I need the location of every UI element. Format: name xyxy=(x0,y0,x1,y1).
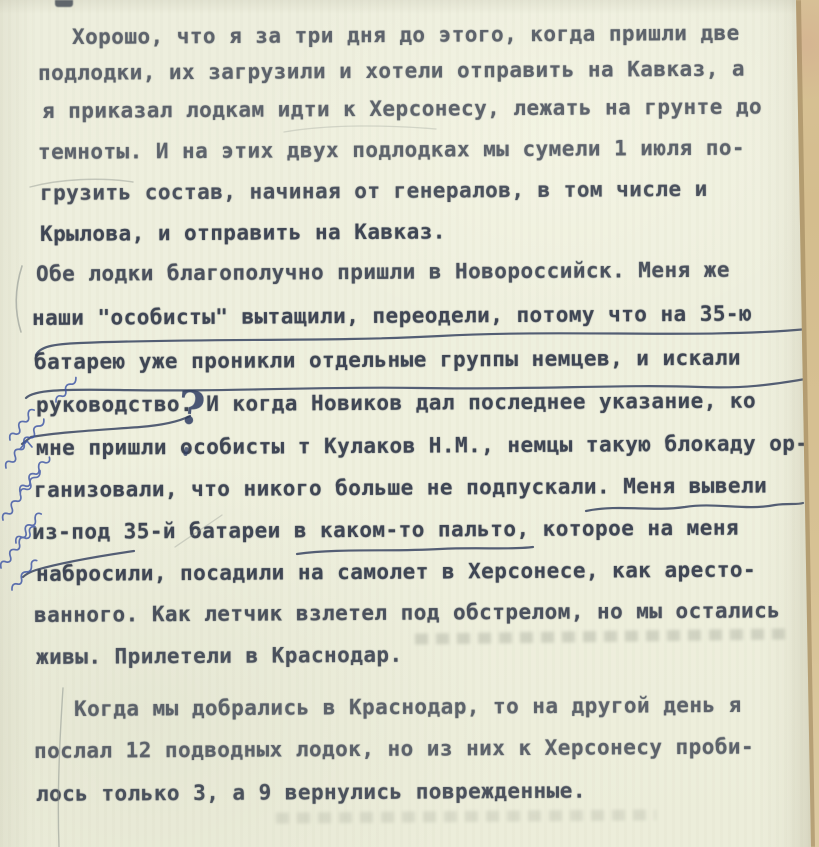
typescript-line: руководство. И когда Новиков дал последн… xyxy=(36,388,756,418)
pen-underline-palto xyxy=(297,547,533,554)
typescript-line: послал 12 подводных лодок, но из них к Х… xyxy=(34,734,754,764)
typescript-line: мне пришли особисты т Кулаков Н.М., немц… xyxy=(36,430,809,461)
ghost-bleedthrough xyxy=(276,809,656,823)
typescript-line: Обе лодки благополучно пришли в Новоросс… xyxy=(36,257,730,287)
typescript-line: набросили, посадили на самолет в Херсоне… xyxy=(36,557,756,587)
pen-underline-menya-vyveli xyxy=(586,503,803,511)
typescript-line: грузить состав, начиная от генералов, в … xyxy=(40,176,708,206)
typescript-line: из-под 35-й батареи в каком-то пальто, к… xyxy=(32,515,739,545)
fold-crease-line xyxy=(58,688,63,847)
ghost-bleedthrough xyxy=(415,628,787,644)
document-scan-page: Хорошо, что я за три дня до этого, когда… xyxy=(0,0,819,847)
typescript-line: Хорошо, что я за три дня до этого, когда… xyxy=(72,20,740,50)
typescript-line: я приказал лодкам идти к Херсонесу, лежа… xyxy=(42,94,762,124)
typescript-line: батарею уже проникли отдельные группы не… xyxy=(34,345,741,375)
marginalia-stroke xyxy=(4,408,39,441)
marginalia-check-tick xyxy=(20,441,32,449)
pencil-arc-podlodkakh xyxy=(284,126,436,132)
typescript-line: ванного. Как летчик взлетел под обстрело… xyxy=(34,597,780,628)
typescript-line: Крылова, и отправить на Кавказ. xyxy=(40,219,446,247)
torn-text-fragment xyxy=(55,0,73,7)
typescript-line: наши "особисты" вытащили, переодели, пот… xyxy=(32,301,752,331)
typescript-line: живы. Прилетели в Краснодар. xyxy=(36,642,403,670)
margin-pencil-arc xyxy=(16,266,22,332)
typescript-line: Когда мы добрались в Краснодар, то на др… xyxy=(74,692,742,722)
typescript-line: лось только 3, а 9 вернулись поврежденны… xyxy=(36,778,586,807)
typescript-line: ганизовали, что никого больше не подпуск… xyxy=(34,473,767,503)
handwritten-question-mark: ? xyxy=(176,380,208,436)
typescript-line: темноты. И на этих двух подлодках мы сум… xyxy=(38,135,745,165)
typescript-line: подлодки, их загрузили и хотели отправит… xyxy=(38,56,745,86)
